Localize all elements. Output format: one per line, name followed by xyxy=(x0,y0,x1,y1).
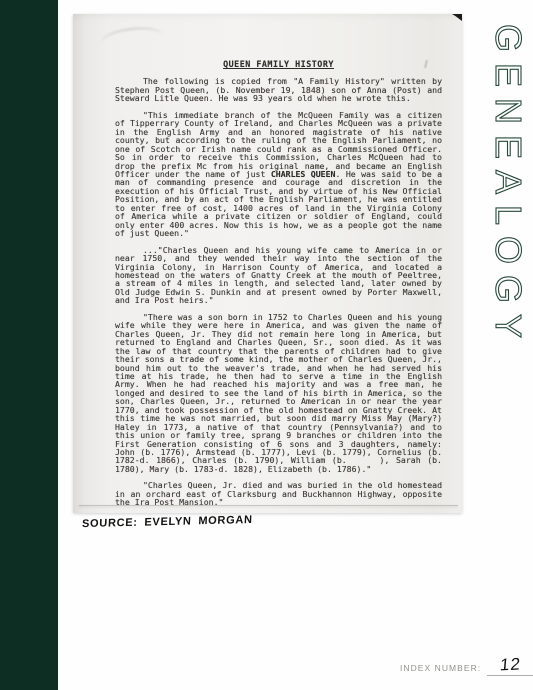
document-paragraph: "There was a son born in 1752 to Charles… xyxy=(115,313,442,474)
index-number-label: INDEX NUMBER: xyxy=(400,663,481,676)
document-paragraph: "Charles Queen, Jr. died and was buried … xyxy=(115,481,442,506)
genealogy-side-title-text: GENEALOGY xyxy=(488,24,529,338)
document-paragraph: The following is copied from "A Family H… xyxy=(115,77,442,102)
document-title: QUEEN FAMILY HISTORY xyxy=(115,60,442,68)
scrapbook-page: QUEEN FAMILY HISTORY The following is co… xyxy=(0,0,533,690)
document-paragraph: ..."Charles Queen and his young wife cam… xyxy=(115,246,442,305)
paper-crease-mark xyxy=(100,24,164,53)
left-accent-bar xyxy=(0,0,58,690)
index-footer: INDEX NUMBER: 12 xyxy=(400,656,533,676)
index-number-line: 12 xyxy=(487,656,533,676)
genealogy-side-title: GENEALOGY xyxy=(487,20,531,354)
page-corner-mark xyxy=(452,14,462,21)
scanned-document: QUEEN FAMILY HISTORY The following is co… xyxy=(73,14,462,513)
source-annotation: SOURCE: EVELYN MORGAN xyxy=(82,514,253,530)
document-paragraphs: The following is copied from "A Family H… xyxy=(115,77,442,506)
document-paragraph: "This immediate branch of the McQueen Fa… xyxy=(115,111,442,238)
document-text-block: QUEEN FAMILY HISTORY The following is co… xyxy=(115,60,442,515)
index-number-value: 12 xyxy=(499,655,522,674)
